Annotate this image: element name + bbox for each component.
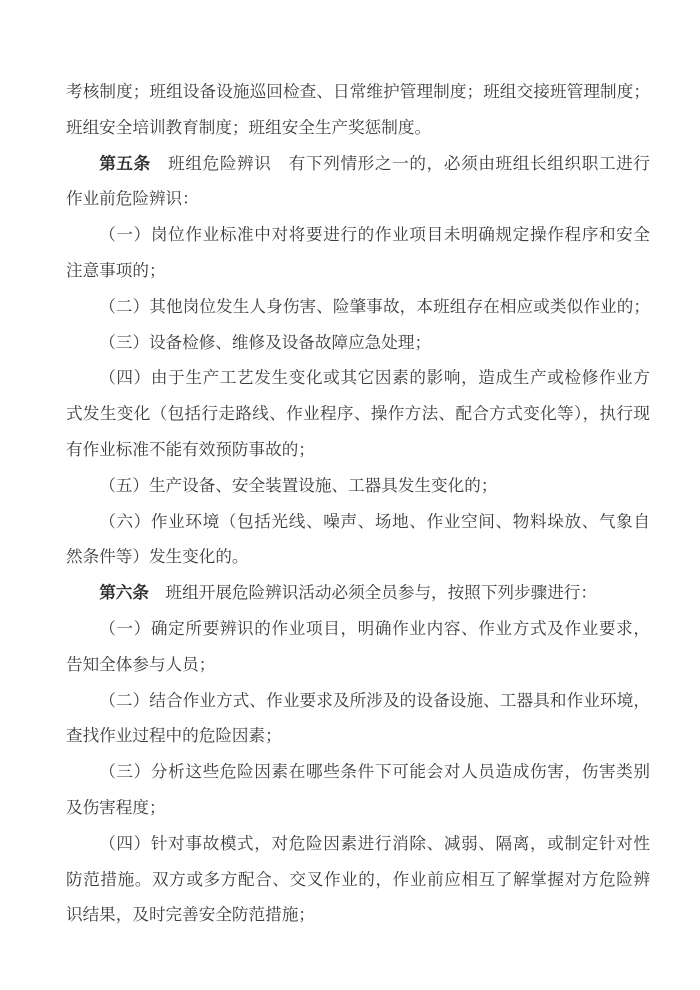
text-line: （四）针对事故模式，对危险因素进行消除、减弱、隔离，或制定针对性	[66, 826, 650, 862]
text-line: 及伤害程度；	[66, 790, 650, 826]
text-line: 防范措施。双方或多方配合、交叉作业的，作业前应相互了解掌握对方危险辨	[66, 862, 650, 898]
text-line: 第五条 班组危险辨识 有下列情形之一的，必须由班组长组织职工进行	[66, 146, 650, 182]
text-line: 作业前危险辨识：	[66, 181, 650, 217]
text-line: 告知全体参与人员；	[66, 647, 650, 683]
text-line: 第六条 班组开展危险辨识活动必须全员参与，按照下列步骤进行：	[66, 575, 650, 611]
text-line: （一）确定所要辨识的作业项目，明确作业内容、作业方式及作业要求，	[66, 611, 650, 647]
text-line: 班组安全培训教育制度；班组安全生产奖惩制度。	[66, 110, 650, 146]
text-line: 考核制度；班组设备设施巡回检查、日常维护管理制度；班组交接班管理制度；	[66, 74, 650, 110]
text-line: 然条件等）发生变化的。	[66, 539, 650, 575]
clause-heading: 第五条	[99, 154, 151, 173]
text-line: 式发生变化（包括行走路线、作业程序、操作方法、配合方式变化等），执行现	[66, 396, 650, 432]
text-line: （五）生产设备、安全装置设施、工器具发生变化的；	[66, 468, 650, 504]
text-line: 查找作业过程中的危险因素；	[66, 718, 650, 754]
text-line: （三）分析这些危险因素在哪些条件下可能会对人员造成伤害，伤害类别	[66, 754, 650, 790]
text-line: （四）由于生产工艺发生变化或其它因素的影响，造成生产或检修作业方	[66, 360, 650, 396]
clause-heading: 第六条	[99, 583, 149, 602]
text-line: 有作业标准不能有效预防事故的；	[66, 432, 650, 468]
text-line: 注意事项的；	[66, 253, 650, 289]
text-line: （二）结合作业方式、作业要求及所涉及的设备设施、工器具和作业环境，	[66, 683, 650, 719]
text-line: 识结果，及时完善安全防范措施；	[66, 897, 650, 933]
text-line: （三）设备检修、维修及设备故障应急处理；	[66, 325, 650, 361]
document-body: 考核制度；班组设备设施巡回检查、日常维护管理制度；班组交接班管理制度；班组安全培…	[66, 74, 650, 933]
text-line: （六）作业环境（包括光线、噪声、场地、作业空间、物料垛放、气象自	[66, 504, 650, 540]
text-line: （二）其他岗位发生人身伤害、险肇事故，本班组存在相应或类似作业的；	[66, 289, 650, 325]
document-page: 考核制度；班组设备设施巡回检查、日常维护管理制度；班组交接班管理制度；班组安全培…	[0, 0, 700, 990]
text-line: （一）岗位作业标准中对将要进行的作业项目未明确规定操作程序和安全	[66, 217, 650, 253]
